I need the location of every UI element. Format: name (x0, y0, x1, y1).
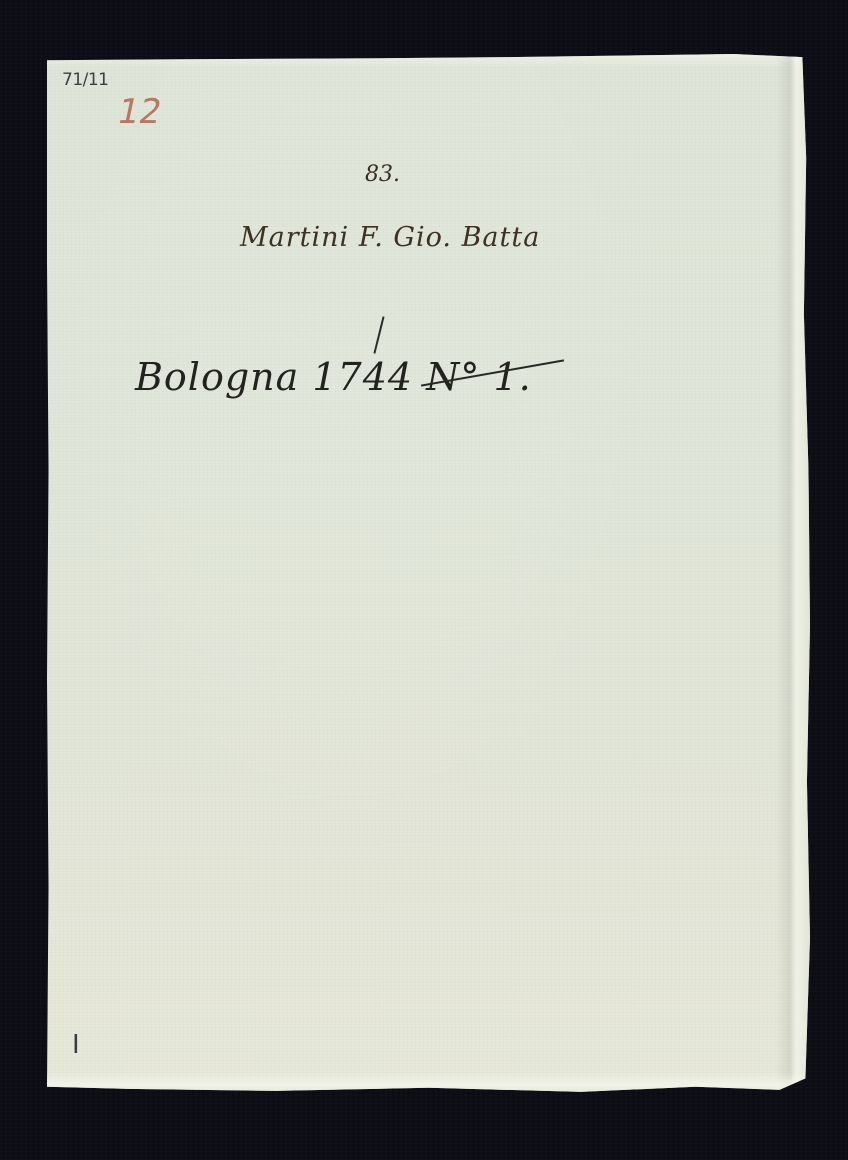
deckle-edge-right (776, 54, 810, 1094)
paper-sheet (47, 54, 810, 1094)
red-crayon-number: 12 (114, 92, 166, 132)
composer-name: Martini F. Gio. Batta (240, 222, 540, 253)
folder-roman-numeral: I (72, 1030, 80, 1060)
pencil-reference-number: 71/11 (62, 70, 109, 90)
item-number: 83. (365, 162, 400, 187)
